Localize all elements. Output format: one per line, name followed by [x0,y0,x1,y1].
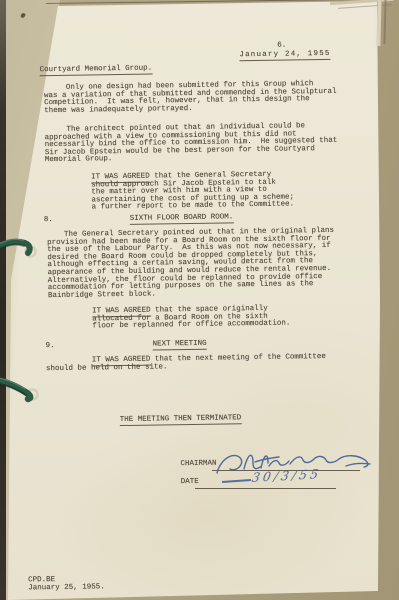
section-title-courtyard: Courtyard Memorial Group. [40,66,153,75]
section-title-text: Courtyard Memorial Group. [40,65,153,76]
scanned-minutes-photo: 6. January 24, 1955 Courtyard Memorial G… [0,0,399,600]
resolution-line: floor be replanned for office accommodat… [92,321,290,332]
resolution-1: IT WAS AGREED that the General Secretary… [91,171,294,212]
footer-date: January 25, 1955. [28,584,105,593]
paragraph-2: The architect pointed out that an indivi… [44,123,337,165]
resolution-line: a further report to be made to the Commi… [92,202,295,213]
resolution-3: IT WAS AGREED that the next meeting of t… [46,354,326,373]
section-9-title: NEXT MEETING [153,341,207,349]
section-9-number: 9. [46,343,55,351]
section-8-title-text: SIXTH FLOOR BOARD ROOM. [130,213,234,224]
minutes-date-text: January 24, 1955 [239,50,330,61]
section-8-number: 8. [44,217,53,225]
minutes-date-heading: January 24, 1955 [239,51,330,60]
page-number: 6. [277,43,286,51]
section-9-title-text: NEXT MEETING [153,340,207,350]
resolution-2: IT WAS AGREED that the space originally … [92,306,290,332]
closing-line-text: THE MEETING THEN TERMINATED [120,414,242,425]
paragraph-1: Only one design had been submitted for t… [44,81,337,116]
closing-line: THE MEETING THEN TERMINATED [120,415,242,424]
typed-text-layer: 6. January 24, 1955 Courtyard Memorial G… [0,0,399,600]
paragraph-3: The General Secretary pointed out that i… [47,228,335,301]
section-8-title: SIXTH FLOOR BOARD ROOM. [130,214,234,223]
